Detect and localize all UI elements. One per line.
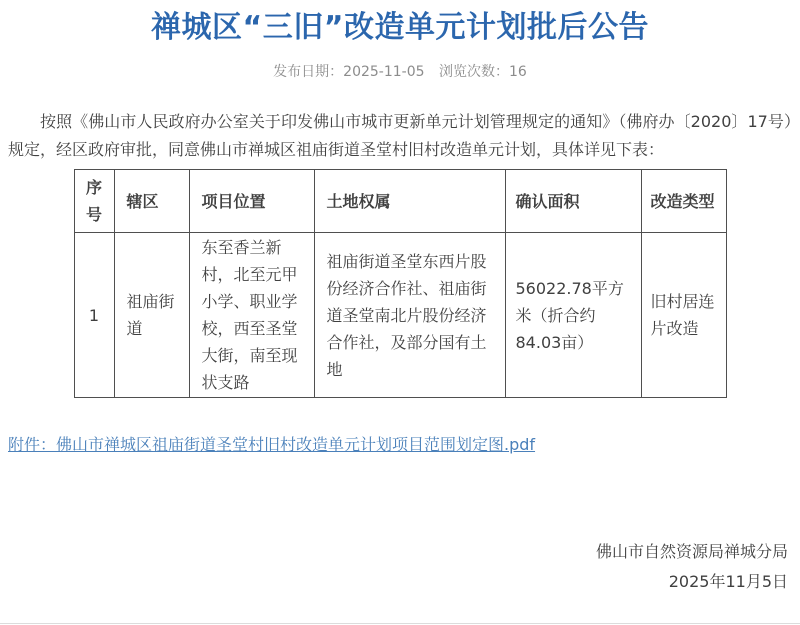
agency-name: 佛山市自然资源局禅城分局 (0, 537, 788, 567)
views-label: 浏览次数： (439, 64, 509, 80)
col-header-type: 改造类型 (641, 170, 726, 233)
cell-index: 1 (74, 233, 114, 398)
intro-paragraph: 按照《佛山市人民政府办公室关于印发佛山市城市更新单元计划管理规定的通知》（佛府办… (8, 108, 792, 164)
cell-type: 旧村居连片改造 (641, 233, 726, 398)
col-header-location: 项目位置 (189, 170, 314, 233)
announcement-page: 禅城区“三旧”改造单元计划批后公告 发布日期：2025-11-05 浏览次数：1… (0, 0, 800, 624)
col-header-index: 序号 (74, 170, 114, 233)
signature-block: 佛山市自然资源局禅城分局 2025年11月5日 (0, 537, 788, 597)
page-title: 禅城区“三旧”改造单元计划批后公告 (0, 8, 800, 48)
table-header-row: 序号 辖区 项目位置 土地权属 确认面积 改造类型 (74, 170, 726, 233)
cell-district: 祖庙街道 (114, 233, 189, 398)
publish-date-value: 2025-11-05 (343, 64, 424, 80)
publish-date-label: 发布日期： (273, 64, 343, 80)
cell-area: 56022.78平方米（折合约84.03亩） (505, 233, 641, 398)
col-header-district: 辖区 (114, 170, 189, 233)
table-row: 1 祖庙街道 东至香兰新村，北至元甲小学、职业学校，西至圣堂大街，南至现状支路 … (74, 233, 726, 398)
cell-ownership: 祖庙街道圣堂东西片股份经济合作社、祖庙街道圣堂南北片股份经济合作社，及部分国有土… (314, 233, 505, 398)
col-header-ownership: 土地权属 (314, 170, 505, 233)
publish-meta: 发布日期：2025-11-05 浏览次数：16 (0, 62, 800, 82)
col-header-area: 确认面积 (505, 170, 641, 233)
views-value: 16 (509, 64, 527, 80)
attachment-link[interactable]: 附件：佛山市禅城区祖庙街道圣堂村旧村改造单元计划项目范围划定图.pdf (8, 434, 535, 455)
plan-table: 序号 辖区 项目位置 土地权属 确认面积 改造类型 1 祖庙街道 东至香兰新村，… (74, 169, 727, 398)
cell-location: 东至香兰新村，北至元甲小学、职业学校，西至圣堂大街，南至现状支路 (189, 233, 314, 398)
announcement-date: 2025年11月5日 (0, 567, 788, 597)
